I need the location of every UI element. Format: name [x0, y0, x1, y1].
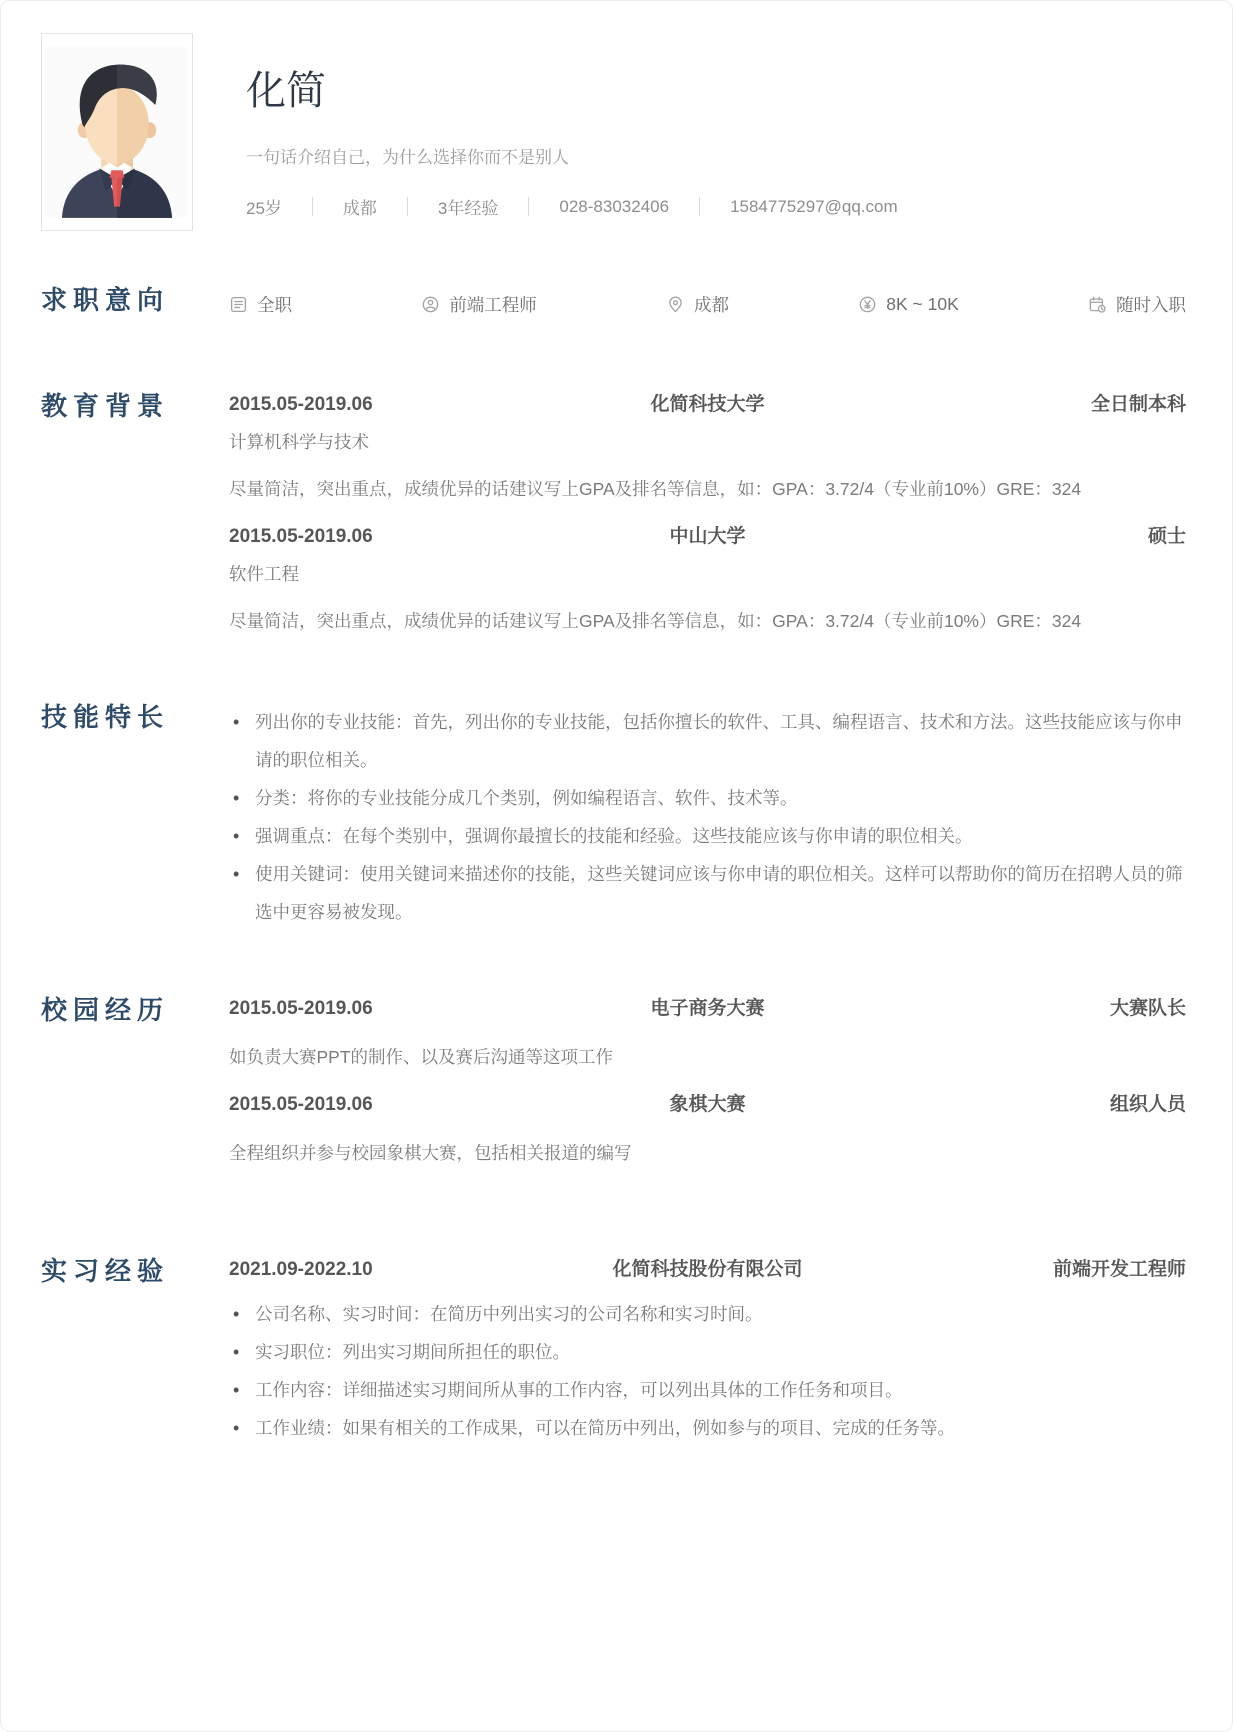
section-education: 教育背景 2015.05-2019.06 化简科技大学 全日制本科 计算机科学与…: [41, 389, 1186, 640]
entry-organization: 象棋大赛: [519, 1092, 896, 1118]
entry-major: 计算机科学与技术: [229, 430, 1186, 454]
entry-date: 2015.05-2019.06: [229, 524, 519, 550]
info-experience: 3年经验: [438, 194, 498, 219]
section-campus: 校园经历 2015.05-2019.06 电子商务大赛 大赛队长 如负责大赛PP…: [41, 993, 1186, 1172]
intention-item-salary: 8K ~ 10K: [858, 294, 959, 315]
skills-list: 列出你的专业技能：首先，列出你的专业技能，包括你擅长的软件、工具、编程语言、技术…: [229, 703, 1186, 931]
entry-date: 2015.05-2019.06: [229, 1092, 519, 1118]
skills-bullet: 强调重点：在每个类别中，强调你最擅长的技能和经验。这些技能应该与你申请的职位相关…: [229, 817, 1186, 855]
entry-role: 前端开发工程师: [896, 1257, 1186, 1283]
skills-bullet: 使用关键词：使用关键词来描述你的技能，这些关键词应该与你申请的职位相关。这样可以…: [229, 855, 1186, 931]
salary-icon: [858, 295, 877, 314]
calendar-clock-icon: [1088, 295, 1107, 314]
divider: [312, 197, 313, 216]
entry-major: 软件工程: [229, 562, 1186, 586]
resume-page: 化简 一句话介绍自己，为什么选择你而不是别人 25岁 成都 3年经验 028-8…: [0, 0, 1233, 1732]
entry-degree: 硕士: [896, 524, 1186, 550]
intention-item-city: 成都: [666, 292, 729, 317]
internship-bullet: 公司名称、实习时间：在简历中列出实习的公司名称和实习时间。: [229, 1295, 1186, 1333]
entry-organization: 电子商务大赛: [519, 996, 896, 1022]
entry-description: 尽量简洁，突出重点，成绩优异的话建议写上GPA及排名等信息，如：GPA：3.72…: [229, 602, 1186, 640]
resume-header: 化简 一句话介绍自己，为什么选择你而不是别人 25岁 成都 3年经验 028-8…: [1, 1, 1232, 231]
avatar-illustration: [47, 39, 187, 225]
entry-role: 大赛队长: [896, 996, 1186, 1022]
entry-description: 尽量简洁，突出重点，成绩优异的话建议写上GPA及排名等信息，如：GPA：3.72…: [229, 470, 1186, 508]
entry-date: 2021.09-2022.10: [229, 1257, 519, 1283]
intention-label: 8K ~ 10K: [886, 294, 959, 315]
intention-label: 随时入职: [1116, 292, 1186, 317]
form-icon: [229, 295, 248, 314]
education-entry: 2015.05-2019.06 中山大学 硕士 软件工程 尽量简洁，突出重点，成…: [229, 524, 1186, 640]
campus-entry: 2015.05-2019.06 电子商务大赛 大赛队长 如负责大赛PPT的制作、…: [229, 996, 1186, 1076]
intention-label: 前端工程师: [449, 292, 537, 317]
section-internship: 实习经验 2021.09-2022.10 化简科技股份有限公司 前端开发工程师 …: [41, 1254, 1186, 1447]
skills-bullet: 分类：将你的专业技能分成几个类别，例如编程语言、软件、技术等。: [229, 779, 1186, 817]
entry-school: 中山大学: [519, 524, 896, 550]
divider: [528, 197, 529, 216]
header-main: 化简 一句话介绍自己，为什么选择你而不是别人 25岁 成都 3年经验 028-8…: [246, 33, 1186, 231]
intention-item-availability: 随时入职: [1088, 292, 1186, 317]
intention-item-position: 前端工程师: [421, 292, 537, 317]
internship-bullet: 工作内容：详细描述实习期间所从事的工作内容，可以列出具体的工作任务和项目。: [229, 1371, 1186, 1409]
candidate-name: 化简: [246, 69, 1186, 113]
intention-item-jobtype: 全职: [229, 292, 292, 317]
section-title-campus: 校园经历: [41, 993, 229, 1027]
summary-text: 一句话介绍自己，为什么选择你而不是别人: [246, 143, 1186, 168]
section-title-skills: 技能特长: [41, 700, 229, 734]
internship-list: 公司名称、实习时间：在简历中列出实习的公司名称和实习时间。 实习职位：列出实习期…: [229, 1295, 1186, 1447]
section-intention: 求职意向 全职: [41, 283, 1186, 317]
entry-school: 化简科技大学: [519, 392, 896, 418]
info-age: 25岁: [246, 194, 282, 219]
internship-bullet: 实习职位：列出实习期间所担任的职位。: [229, 1333, 1186, 1371]
education-entry: 2015.05-2019.06 化简科技大学 全日制本科 计算机科学与技术 尽量…: [229, 392, 1186, 508]
divider: [699, 197, 700, 216]
info-phone: 028-83032406: [559, 197, 669, 217]
entry-date: 2015.05-2019.06: [229, 392, 519, 418]
info-row: 25岁 成都 3年经验 028-83032406 1584775297@qq.c…: [246, 194, 1186, 219]
entry-description: 全程组织并参与校园象棋大赛，包括相关报道的编写: [229, 1134, 1186, 1172]
location-pin-icon: [666, 295, 685, 314]
section-title-education: 教育背景: [41, 389, 229, 423]
entry-role: 组织人员: [896, 1092, 1186, 1118]
entry-description: 如负责大赛PPT的制作、以及赛后沟通等这项工作: [229, 1038, 1186, 1076]
info-email: 1584775297@qq.com: [730, 197, 898, 217]
entry-date: 2015.05-2019.06: [229, 996, 519, 1022]
avatar: [41, 33, 193, 231]
user-circle-icon: [421, 295, 440, 314]
entry-degree: 全日制本科: [896, 392, 1186, 418]
entry-company: 化简科技股份有限公司: [519, 1257, 896, 1283]
section-skills: 技能特长 列出你的专业技能：首先，列出你的专业技能，包括你擅长的软件、工具、编程…: [41, 700, 1186, 931]
campus-entry: 2015.05-2019.06 象棋大赛 组织人员 全程组织并参与校园象棋大赛，…: [229, 1092, 1186, 1172]
divider: [407, 197, 408, 216]
section-title-internship: 实习经验: [41, 1254, 229, 1288]
internship-bullet: 工作业绩：如果有相关的工作成果，可以在简历中列出，例如参与的项目、完成的任务等。: [229, 1409, 1186, 1447]
intention-row: 全职 前端工程师: [229, 286, 1186, 317]
intention-label: 全职: [257, 292, 292, 317]
skills-bullet: 列出你的专业技能：首先，列出你的专业技能，包括你擅长的软件、工具、编程语言、技术…: [229, 703, 1186, 779]
internship-entry: 2021.09-2022.10 化简科技股份有限公司 前端开发工程师 公司名称、…: [229, 1257, 1186, 1447]
intention-label: 成都: [694, 292, 729, 317]
section-title-intention: 求职意向: [41, 283, 229, 317]
info-city: 成都: [343, 194, 377, 219]
